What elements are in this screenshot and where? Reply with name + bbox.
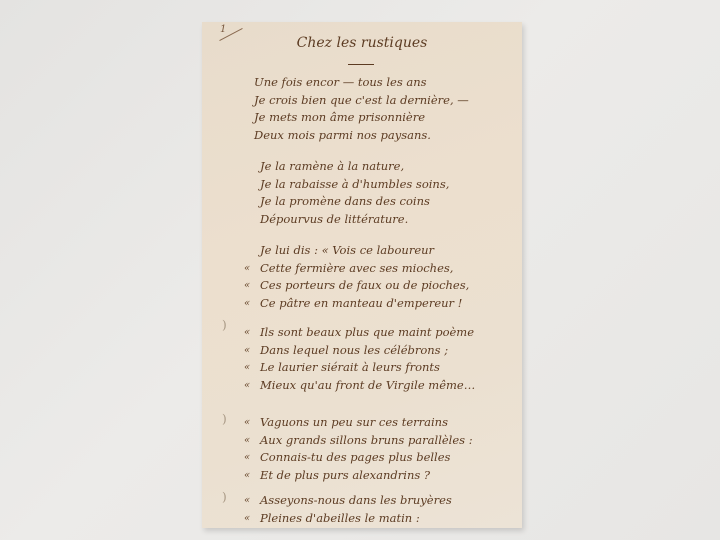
verse-line: «Ces porteurs de faux ou de pioches, (260, 277, 469, 295)
verse-line: «Ils sont beaux plus que maint poème (260, 324, 475, 342)
stanza-6: ) «Asseyons-nous dans les bruyères «Plei… (260, 492, 452, 527)
page-number: 1 (220, 24, 226, 35)
margin-pencil-mark: ) (222, 318, 227, 332)
verse-line: Deux mois parmi nos paysans. (254, 127, 469, 145)
verse-line: «Ce pâtre en manteau d'empereur ! (260, 295, 469, 313)
verse-line: «Aux grands sillons bruns parallèles : (260, 432, 473, 450)
stanza-4: ) «Ils sont beaux plus que maint poème «… (260, 324, 475, 394)
verse-line: Je la rabaisse à d'humbles soins, (260, 176, 449, 194)
stanza-1: Une fois encor — tous les ans Je crois b… (254, 74, 469, 144)
stanza-5: ) «Vaguons un peu sur ces terrains «Aux … (260, 414, 473, 484)
verse-line: «Vaguons un peu sur ces terrains (260, 414, 473, 432)
stanza-2: Je la ramène à la nature, Je la rabaisse… (260, 158, 449, 228)
verse-line: Je la ramène à la nature, (260, 158, 449, 176)
verse-line: «Dans lequel nous les célébrons ; (260, 342, 475, 360)
stanza-3: Je lui dis : « Vois ce laboureur «Cette … (260, 242, 469, 312)
verse-line: «Asseyons-nous dans les bruyères (260, 492, 452, 510)
title-underline (348, 64, 374, 65)
verse-line: «Cette fermière avec ses mioches, (260, 260, 469, 278)
poem-title: Chez les rustiques (202, 35, 522, 51)
verse-line: «Connais-tu des pages plus belles (260, 449, 473, 467)
verse-line: «Pleines d'abeilles le matin : (260, 510, 452, 528)
margin-pencil-mark: ) (222, 490, 227, 504)
verse-line: «Mieux qu'au front de Virgile même… (260, 377, 475, 395)
verse-line: Je crois bien que c'est la dernière, — (254, 92, 469, 110)
verse-line: «Le laurier siérait à leurs fronts (260, 359, 475, 377)
manuscript-page: 1 Chez les rustiques Une fois encor — to… (202, 22, 522, 528)
verse-line: Dépourvus de littérature. (260, 211, 449, 229)
verse-line: Je lui dis : « Vois ce laboureur (260, 242, 469, 260)
margin-pencil-mark: ) (222, 412, 227, 426)
verse-line: Je mets mon âme prisonnière (254, 109, 469, 127)
verse-line: Une fois encor — tous les ans (254, 74, 469, 92)
verse-line: «Et de plus purs alexandrins ? (260, 467, 473, 485)
verse-line: Je la promène dans des coins (260, 193, 449, 211)
